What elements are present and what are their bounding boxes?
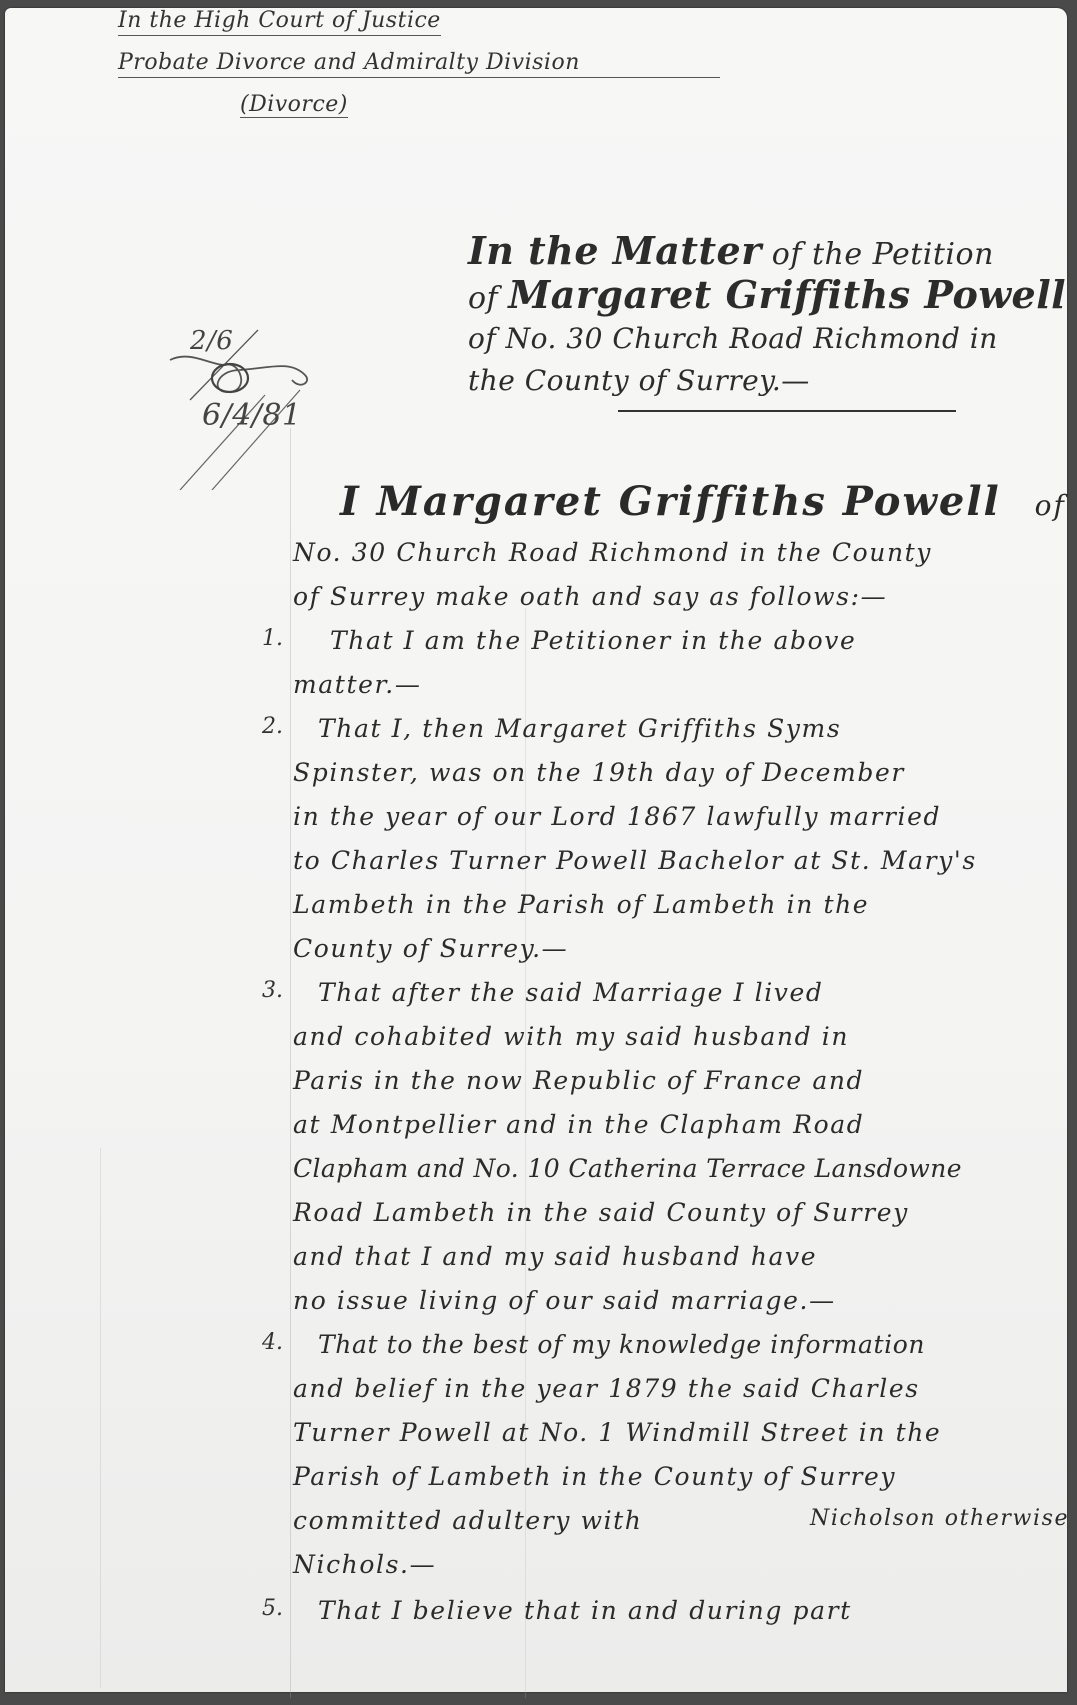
paragraph-line: That I, then Margaret Griffiths Syms: [318, 714, 841, 743]
paragraph-line: Nicholson otherwise: [810, 1506, 1069, 1531]
affidavit-title-suffix: of: [1035, 489, 1066, 522]
deponent-name: I Margaret Griffiths Powell: [340, 478, 1001, 525]
paragraph-number: 4.: [262, 1330, 283, 1355]
filing-fee: 2/6: [190, 326, 233, 356]
petitioner-name: Margaret Griffiths Powell: [508, 272, 1066, 317]
court-heading-line-3: (Divorce): [240, 92, 348, 118]
paragraph-line: committed adultery with: [293, 1506, 643, 1535]
paragraph-line: That after the said Marriage I lived: [318, 978, 824, 1007]
matter-heading-underline: [618, 410, 956, 412]
intro-line: of Surrey make oath and say as follows:—: [293, 582, 887, 611]
paragraph-line: in the year of our Lord 1867 lawfully ma…: [293, 802, 941, 831]
matter-heading-line-2: of Margaret Griffiths Powell: [468, 272, 1066, 317]
paragraph-line: to Charles Turner Powell Bachelor at St.…: [293, 846, 977, 875]
paper-fold-line: [290, 428, 291, 1698]
matter-heading-line-1: In the Matter of the Petition: [468, 228, 994, 273]
intro-line: No. 30 Church Road Richmond in the Count…: [293, 538, 932, 567]
paragraph-line: no issue living of our said marriage.—: [293, 1286, 836, 1315]
paragraph-line: Turner Powell at No. 1 Windmill Street i…: [293, 1418, 941, 1447]
paragraph-line: That I am the Petitioner in the above: [330, 626, 856, 655]
paragraph-line: That to the best of my knowledge informa…: [318, 1330, 925, 1359]
paragraph-line: Paris in the now Republic of France and: [293, 1066, 864, 1095]
paragraph-line: Lambeth in the Parish of Lambeth in the: [293, 890, 869, 919]
paragraph-line: County of Surrey.—: [293, 934, 568, 963]
paragraph-number: 5.: [262, 1596, 283, 1621]
margin-rule: [100, 1148, 101, 1688]
matter-heading-line-3: of No. 30 Church Road Richmond in: [468, 322, 998, 355]
affidavit-title: I Margaret Griffiths Powell of: [340, 478, 1066, 525]
paragraph-number: 2.: [262, 714, 283, 739]
paragraph-line: Parish of Lambeth in the County of Surre…: [293, 1462, 896, 1491]
matter-heading-prefix: of: [468, 281, 508, 316]
court-heading-line-2: Probate Divorce and Admiralty Division: [118, 50, 720, 78]
paragraph-line: and belief in the year 1879 the said Cha…: [293, 1374, 920, 1403]
court-heading-line-1: In the High Court of Justice: [118, 8, 441, 36]
matter-heading-emphasis: In the Matter: [468, 228, 762, 273]
matter-heading-line-4: the County of Surrey.—: [468, 364, 810, 397]
filing-stamp-mark: 2/6 6/4/81: [130, 320, 350, 490]
paragraph-line: Nichols.—: [293, 1550, 436, 1579]
paragraph-line: Clapham and No. 10 Catherina Terrace Lan…: [293, 1154, 962, 1183]
paragraph-line: Road Lambeth in the said County of Surre…: [293, 1198, 909, 1227]
paragraph-number: 1.: [262, 626, 283, 651]
paragraph-line: and cohabited with my said husband in: [293, 1022, 849, 1051]
paragraph-line: Spinster, was on the 19th day of Decembe…: [293, 758, 905, 787]
paragraph-line: That I believe that in and during part: [318, 1596, 852, 1625]
paragraph-line: matter.—: [293, 670, 421, 699]
filing-date: 6/4/81: [202, 398, 302, 433]
paragraph-line: at Montpellier and in the Clapham Road: [293, 1110, 864, 1139]
matter-heading-rest: of the Petition: [762, 237, 994, 272]
paragraph-line: and that I and my said husband have: [293, 1242, 817, 1271]
paragraph-number: 3.: [262, 978, 283, 1003]
